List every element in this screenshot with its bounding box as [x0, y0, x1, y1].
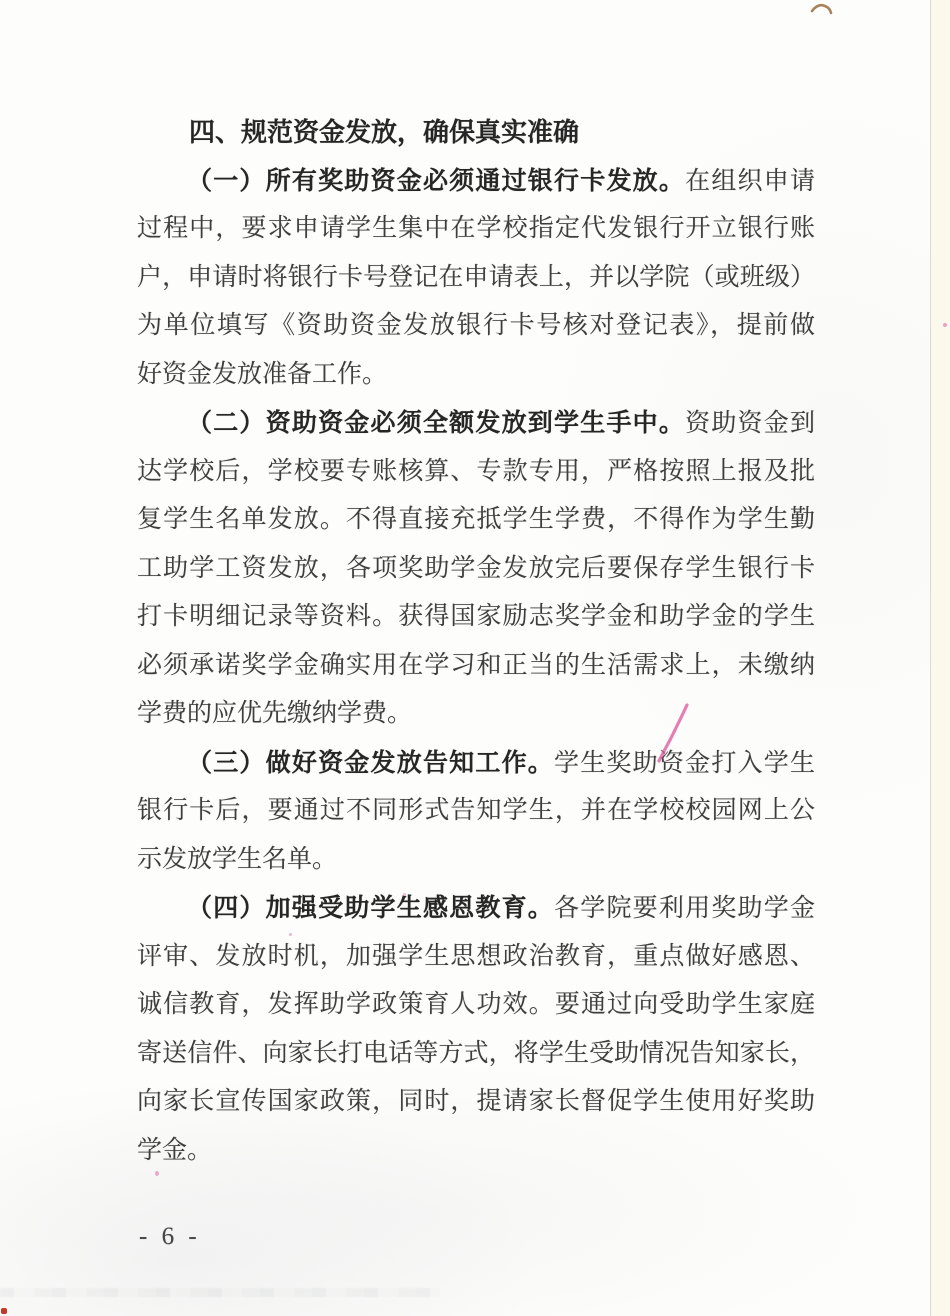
paragraph-text: 各学院要利用奖助学金 — [554, 895, 815, 922]
document-line: （三）做好资金发放告知工作。学生奖助资金打入学生 — [137, 739, 815, 788]
document-line: 必须承诺奖学金确实用在学习和正当的生活需求上，未缴纳 — [137, 642, 815, 691]
paragraph-lead: （三）做好资金发放告知工作。 — [187, 749, 554, 777]
document-line: （一）所有奖助资金必须通过银行卡发放。在组织申请 — [137, 157, 815, 206]
paragraph-lead: （二）资助资金必须全额发放到学生手中。 — [187, 409, 685, 437]
scan-smudge-artifact — [0, 1288, 440, 1297]
document-line: 示发放学生名单。 — [137, 836, 815, 885]
document-line: 工助学工资发放，各项奖助学金发放完后要保存学生银行卡 — [137, 545, 815, 594]
paragraph-text: 资助资金到 — [685, 410, 815, 437]
ink-fleck-artifact — [810, 2, 836, 21]
document-line: 好资金发放准备工作。 — [137, 351, 815, 400]
ink-fleck-icon — [810, 2, 836, 16]
paragraph-2: （二）资助资金必须全额发放到学生手中。资助资金到达学校后，学校要专账核算、专款专… — [137, 399, 815, 739]
text-block: 四、规范资金发放，确保真实准确 （一）所有奖助资金必须通过银行卡发放。在组织申请… — [137, 108, 815, 1175]
document-line: 过程中，要求申请学生集中在学校指定代发银行开立银行账 — [137, 205, 815, 254]
document-line: 达学校后，学校要专账核算、专款专用，严格按照上报及批 — [137, 448, 815, 497]
document-line: 向家长宣传国家政策，同时，提请家长督促学生使用好奖助 — [137, 1078, 815, 1127]
document-line: 银行卡后，要通过不同形式告知学生，并在学校校园网上公 — [137, 787, 815, 836]
paper-edge-strip — [930, 0, 950, 1316]
paragraph-1: （一）所有奖助资金必须通过银行卡发放。在组织申请过程中，要求申请学生集中在学校指… — [137, 157, 815, 400]
paragraph-lead: （一）所有奖助资金必须通过银行卡发放。 — [187, 167, 685, 195]
paragraphs: （一）所有奖助资金必须通过银行卡发放。在组织申请过程中，要求申请学生集中在学校指… — [137, 157, 815, 1176]
document-line: 学金。 — [137, 1127, 815, 1176]
pink-stroke-icon — [652, 702, 692, 764]
pink-speck-artifact — [403, 893, 406, 896]
document-line: （四）加强受助学生感恩教育。各学院要利用奖助学金 — [137, 884, 815, 933]
paragraph-lead: （四）加强受助学生感恩教育。 — [187, 894, 554, 922]
paragraph-text: 在组织申请 — [685, 168, 815, 195]
paragraph-4: （四）加强受助学生感恩教育。各学院要利用奖助学金评审、发放时机，加强学生思想政治… — [137, 884, 815, 1175]
document-line: 复学生名单发放。不得直接充抵学生学费，不得作为学生勤 — [137, 496, 815, 545]
document-line: 为单位填写《资助资金发放银行卡号核对登记表》，提前做 — [137, 302, 815, 351]
document-line: 打卡明细记录等资料。获得国家励志奖学金和助学金的学生 — [137, 593, 815, 642]
scanned-document-page: 四、规范资金发放，确保真实准确 （一）所有奖助资金必须通过银行卡发放。在组织申请… — [0, 0, 950, 1316]
document-line: 寄送信件、向家长打电话等方式，将学生受助情况告知家长， — [137, 1030, 815, 1079]
pink-speck-artifact — [155, 1171, 159, 1176]
document-line: 学费的应优先缴纳学费。 — [137, 690, 815, 739]
pink-scan-mark-artifact — [652, 702, 692, 769]
page-number: - 6 - — [139, 1222, 201, 1252]
paragraph-3: （三）做好资金发放告知工作。学生奖助资金打入学生银行卡后，要通过不同形式告知学生… — [137, 739, 815, 885]
pink-speck-artifact — [289, 933, 292, 936]
pink-speck-artifact — [943, 323, 947, 327]
document-line: （二）资助资金必须全额发放到学生手中。资助资金到 — [137, 399, 815, 448]
section-heading: 四、规范资金发放，确保真实准确 — [137, 108, 815, 157]
red-speck-artifact — [1, 1308, 7, 1314]
document-line: 户，申请时将银行卡号登记在申请表上，并以学院（或班级） — [137, 254, 815, 303]
document-line: 评审、发放时机，加强学生思想政治教育，重点做好感恩、 — [137, 933, 815, 982]
document-line: 诚信教育，发挥助学政策育人功效。要通过向受助学生家庭 — [137, 981, 815, 1030]
